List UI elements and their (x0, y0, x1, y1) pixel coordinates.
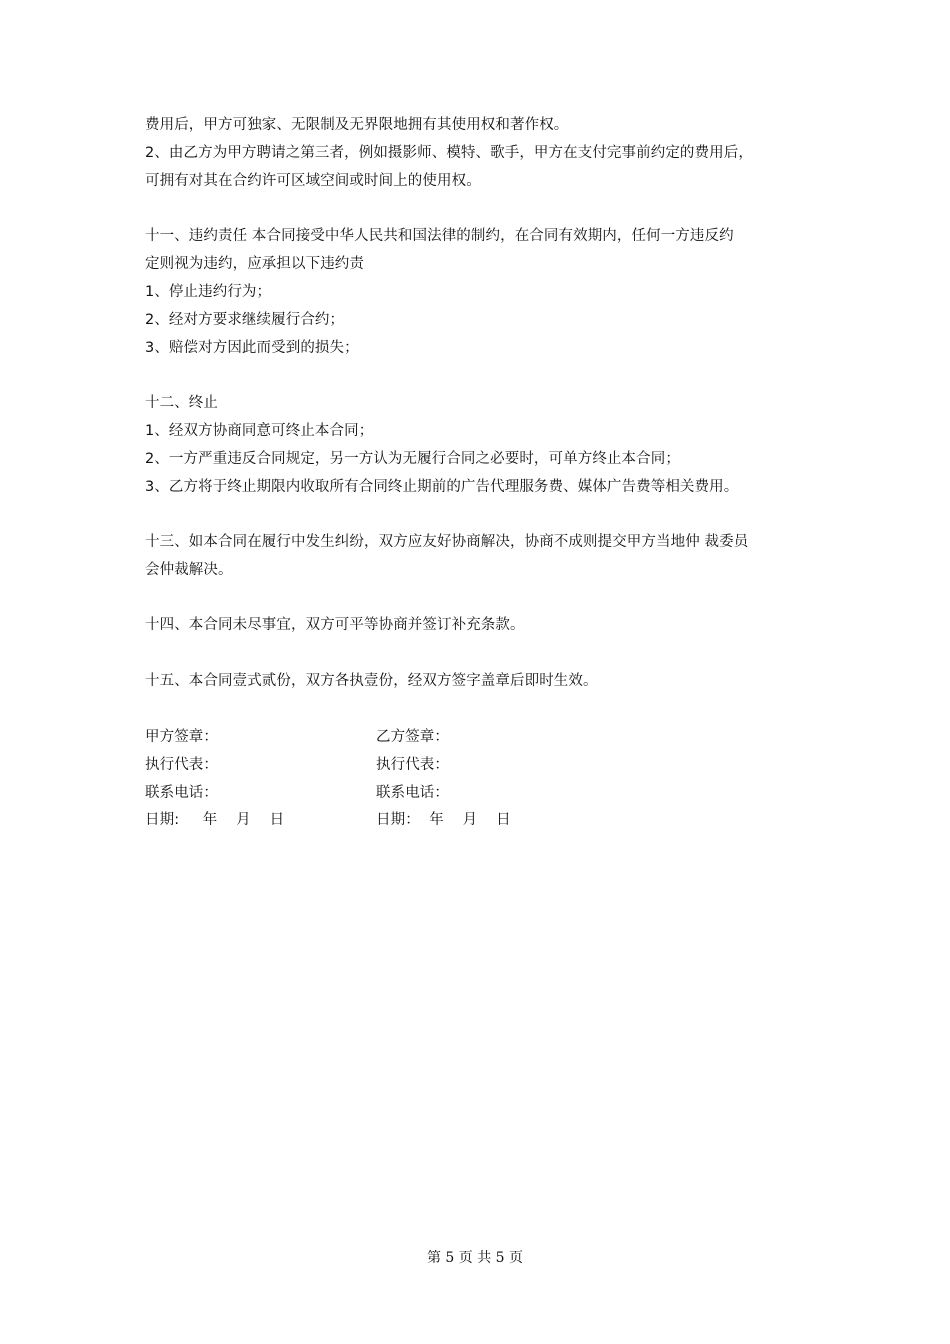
page-number-footer: 第 5 页 共 5 页 (0, 1248, 950, 1268)
section-14-text: 十四、本合同未尽事宜，双方可平等协商并签订补充条款。 (145, 615, 525, 635)
document-page: 费用后，甲方可独家、无限制及无界限地拥有其使用权和著作权。 2、由乙方为甲方聘请… (0, 0, 950, 1344)
section-12-item-2: 2、一方严重违反合同规定，另一方认为无履行合同之必要时，可单方终止本合同； (145, 449, 680, 469)
section-13-cont: 会仲裁解决。 (145, 560, 233, 580)
section-11-cont: 定则视为违约，应承担以下违约责 (145, 254, 364, 274)
party-a-representative-label: 执行代表： (145, 755, 218, 775)
section-12-heading: 十二、终止 (145, 393, 218, 413)
section-12-item-3: 3、乙方将于终止期限内收取所有合同终止期前的广告代理服务费、媒体广告费等相关费用… (145, 477, 738, 497)
party-a-phone-label: 联系电话： (145, 783, 218, 803)
section-13-text: 十三、如本合同在履行中发生纠纷，双方应友好协商解决，协商不成则提交甲方当地仲 裁… (145, 532, 748, 552)
body-line-third-party-cont: 可拥有对其在合约许可区域空间或时间上的使用权。 (145, 171, 481, 191)
section-11-item-1: 1、停止违约行为； (145, 282, 271, 302)
section-11-item-3: 3、赔偿对方因此而受到的损失； (145, 338, 359, 358)
section-11-heading: 十一、违约责任 本合同接受中华人民共和国法律的制约，在合同有效期内，任何一方违反… (145, 226, 734, 246)
body-line-third-party: 2、由乙方为甲方聘请之第三者，例如摄影师、模特、歌手，甲方在支付完事前约定的费用… (145, 143, 753, 163)
section-11-item-2: 2、经对方要求继续履行合约； (145, 310, 344, 330)
section-15-text: 十五、本合同壹式贰份，双方各执壹份，经双方签字盖章后即时生效。 (145, 671, 598, 691)
party-b-phone-label: 联系电话： (376, 783, 449, 803)
party-a-seal-label: 甲方签章： (145, 727, 218, 747)
party-b-date-label: 日期： 年 月 日 (376, 810, 511, 830)
party-b-seal-label: 乙方签章： (376, 727, 449, 747)
party-a-date-label: 日期: 年 月 日 (145, 810, 284, 830)
body-line-usage-rights: 费用后，甲方可独家、无限制及无界限地拥有其使用权和著作权。 (145, 115, 568, 135)
party-b-representative-label: 执行代表： (376, 755, 449, 775)
section-12-item-1: 1、经双方协商同意可终止本合同； (145, 421, 373, 441)
